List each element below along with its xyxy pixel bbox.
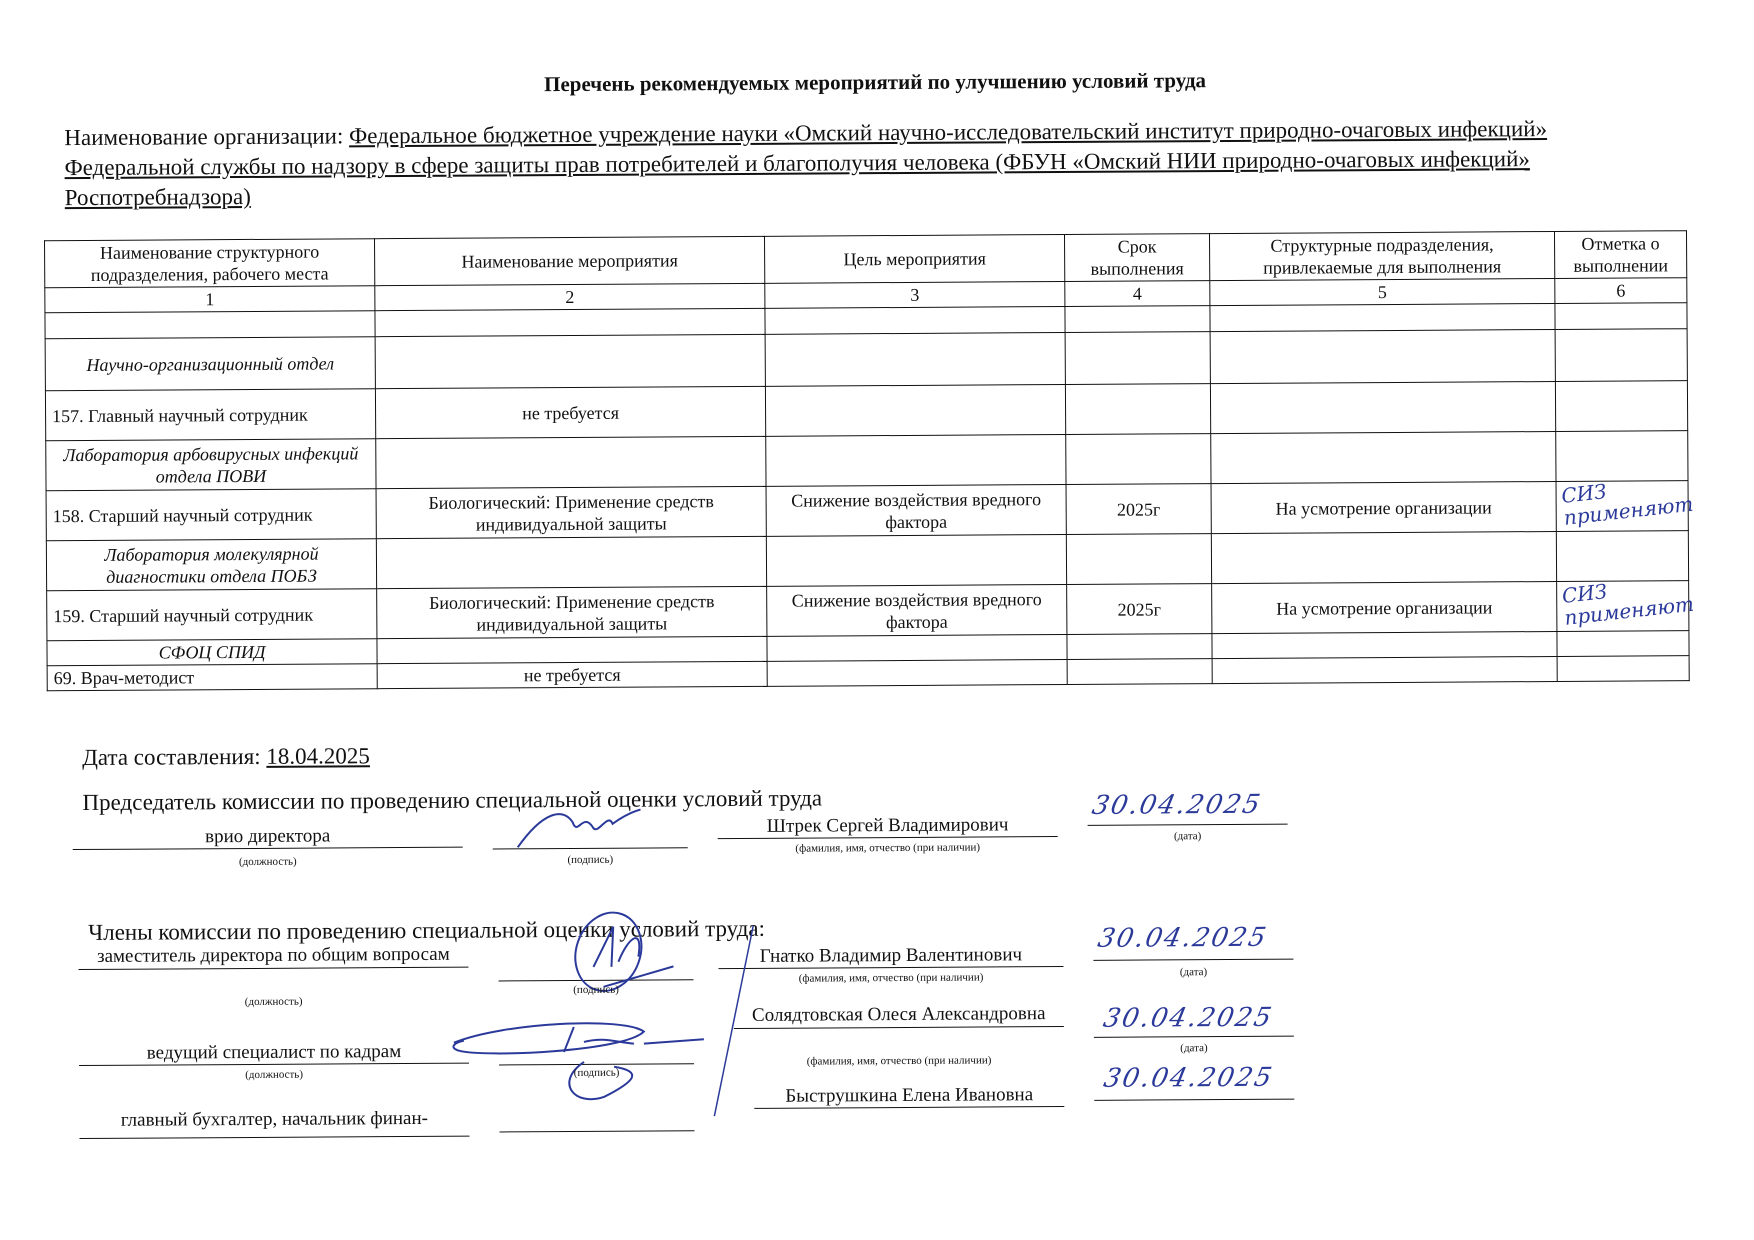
chairman-position: врио директора — [73, 825, 463, 850]
caption-date: (дата) — [1093, 966, 1293, 979]
chairman-date-line — [1087, 798, 1287, 826]
compiled-date: Дата составления: 18.04.2025 — [82, 743, 370, 771]
subdivision-name: СФОЦ СПИД — [47, 639, 377, 666]
cell — [767, 659, 1067, 686]
goal: Снижение воздействия вредного фактора — [766, 484, 1066, 536]
departments: На усмотрение организации — [1212, 581, 1557, 633]
cell — [766, 534, 1066, 586]
document-title: Перечень рекомендуемых мероприятий по ул… — [0, 65, 1752, 101]
cell — [1212, 656, 1557, 683]
cell — [45, 311, 375, 339]
caption-signature: (подпись) — [499, 1066, 694, 1079]
header-measure: Наименование мероприятия — [375, 236, 765, 285]
cell — [1067, 659, 1212, 685]
cell — [1065, 332, 1210, 385]
chairman-name: Штрек Сергей Владимирович — [718, 814, 1058, 839]
cell — [377, 636, 767, 663]
member-2-date-line — [1094, 1010, 1294, 1038]
measure: не требуется — [377, 661, 767, 688]
cell — [1212, 631, 1557, 658]
column-number: 3 — [765, 281, 1065, 308]
cell — [766, 434, 1066, 486]
member-3-position-line — [79, 1108, 469, 1139]
caption-date: (дата) — [1094, 1042, 1294, 1055]
cell — [375, 308, 765, 336]
cell — [1555, 303, 1687, 330]
compiled-date-label: Дата составления: — [82, 744, 261, 770]
caption-fio: (фамилия, имя, отчество (при наличии) — [718, 971, 1063, 985]
subdivision-name: Лаборатория молекулярной диагностики отд… — [46, 539, 376, 591]
cell — [1210, 303, 1555, 331]
measures-table: Наименование структурного подразделения,… — [44, 230, 1690, 691]
chairman-heading: Председатель комиссии по проведению спец… — [82, 785, 822, 816]
member-2-signature-icon — [444, 1011, 725, 1103]
workplace-name: 159. Старший научный сотрудник — [47, 589, 377, 641]
member-2-position: ведущий специалист по кадрам — [79, 1041, 469, 1066]
caption-fio: (фамилия, имя, отчество (при наличии) — [718, 841, 1058, 855]
cell — [1211, 531, 1556, 583]
cell — [765, 384, 1065, 436]
member-3-name: Быструшкина Елена Ивановна — [754, 1084, 1064, 1109]
header-completion-mark: Отметка о выполнении — [1554, 231, 1686, 279]
column-number: 2 — [375, 283, 765, 310]
member-1-name: Гнатко Владимир Валентинович — [718, 944, 1063, 969]
cell — [1210, 381, 1555, 433]
completion-mark-handwritten: СИЗ применяют — [1557, 581, 1689, 632]
measure: не требуется — [375, 386, 765, 438]
cell — [1555, 381, 1687, 432]
column-number: 1 — [45, 286, 375, 313]
completion-mark-handwritten: СИЗ применяют — [1556, 481, 1688, 532]
member-3-signature-line — [499, 1106, 694, 1132]
compiled-date-value: 18.04.2025 — [266, 743, 370, 769]
subdivision-name: Научно-организационный отдел — [45, 337, 375, 391]
cell — [1211, 431, 1556, 483]
cell — [1557, 631, 1689, 657]
caption-position: (должность) — [73, 855, 463, 869]
cell — [1210, 329, 1555, 383]
deadline: 2025г — [1066, 484, 1211, 535]
workplace-name: 69. Врач-методист — [47, 664, 377, 691]
caption-signature: (подпись) — [499, 983, 694, 996]
departments: На усмотрение организации — [1211, 481, 1556, 533]
cell — [1066, 534, 1211, 585]
caption-position: (должность) — [79, 995, 469, 1009]
header-goal: Цель мероприятия — [764, 234, 1064, 283]
cell — [376, 536, 766, 588]
cell — [1067, 634, 1212, 660]
column-number: 4 — [1065, 281, 1210, 307]
measure: Биологический: Применение средств индиви… — [376, 486, 766, 538]
cell — [1065, 306, 1210, 333]
caption-fio: (фамилия, имя, отчество (при наличии) — [734, 1054, 1064, 1068]
organization-label: Наименование организации: — [64, 123, 343, 150]
header-subdivision: Наименование структурного подразделения,… — [45, 239, 375, 288]
header-deadline: Срок выполнения — [1064, 234, 1209, 282]
caption-signature: (подпись) — [493, 853, 688, 866]
organization-block: Наименование организации: Федеральное бю… — [64, 113, 1665, 213]
cell — [1555, 329, 1687, 382]
cell — [765, 332, 1065, 386]
cell — [767, 634, 1067, 661]
document-page: Перечень рекомендуемых мероприятий по ул… — [0, 0, 1754, 1240]
member-3-date-line — [1094, 1073, 1294, 1101]
subdivision-name: Лаборатория арбовирусных инфекций отдела… — [46, 439, 376, 491]
cell — [1066, 434, 1211, 485]
member-1-position: заместитель директора по общим вопросам — [78, 943, 468, 970]
member-2-name: Солядтовская Олеся Александровна — [734, 1002, 1064, 1029]
workplace-name: 158. Старший научный сотрудник — [46, 489, 376, 541]
column-number: 6 — [1555, 278, 1687, 304]
measure: Биологический: Применение средств индиви… — [377, 586, 767, 638]
member-1-date-line — [1093, 933, 1293, 961]
goal: Снижение воздействия вредного фактора — [767, 584, 1067, 636]
cell — [1065, 384, 1210, 435]
cell — [1557, 656, 1689, 682]
cell — [375, 334, 765, 388]
signature-stroke-icon — [703, 921, 764, 1121]
chairman-signature-icon — [512, 802, 642, 853]
caption-date: (дата) — [1088, 830, 1288, 843]
column-number: 5 — [1210, 278, 1555, 305]
deadline: 2025г — [1067, 584, 1212, 635]
workplace-name: 157. Главный научный сотрудник — [45, 389, 375, 441]
cell — [376, 436, 766, 488]
header-departments: Структурные подразделения, привлекаемые … — [1209, 231, 1554, 280]
caption-position: (должность) — [79, 1068, 469, 1082]
cell — [765, 306, 1065, 334]
